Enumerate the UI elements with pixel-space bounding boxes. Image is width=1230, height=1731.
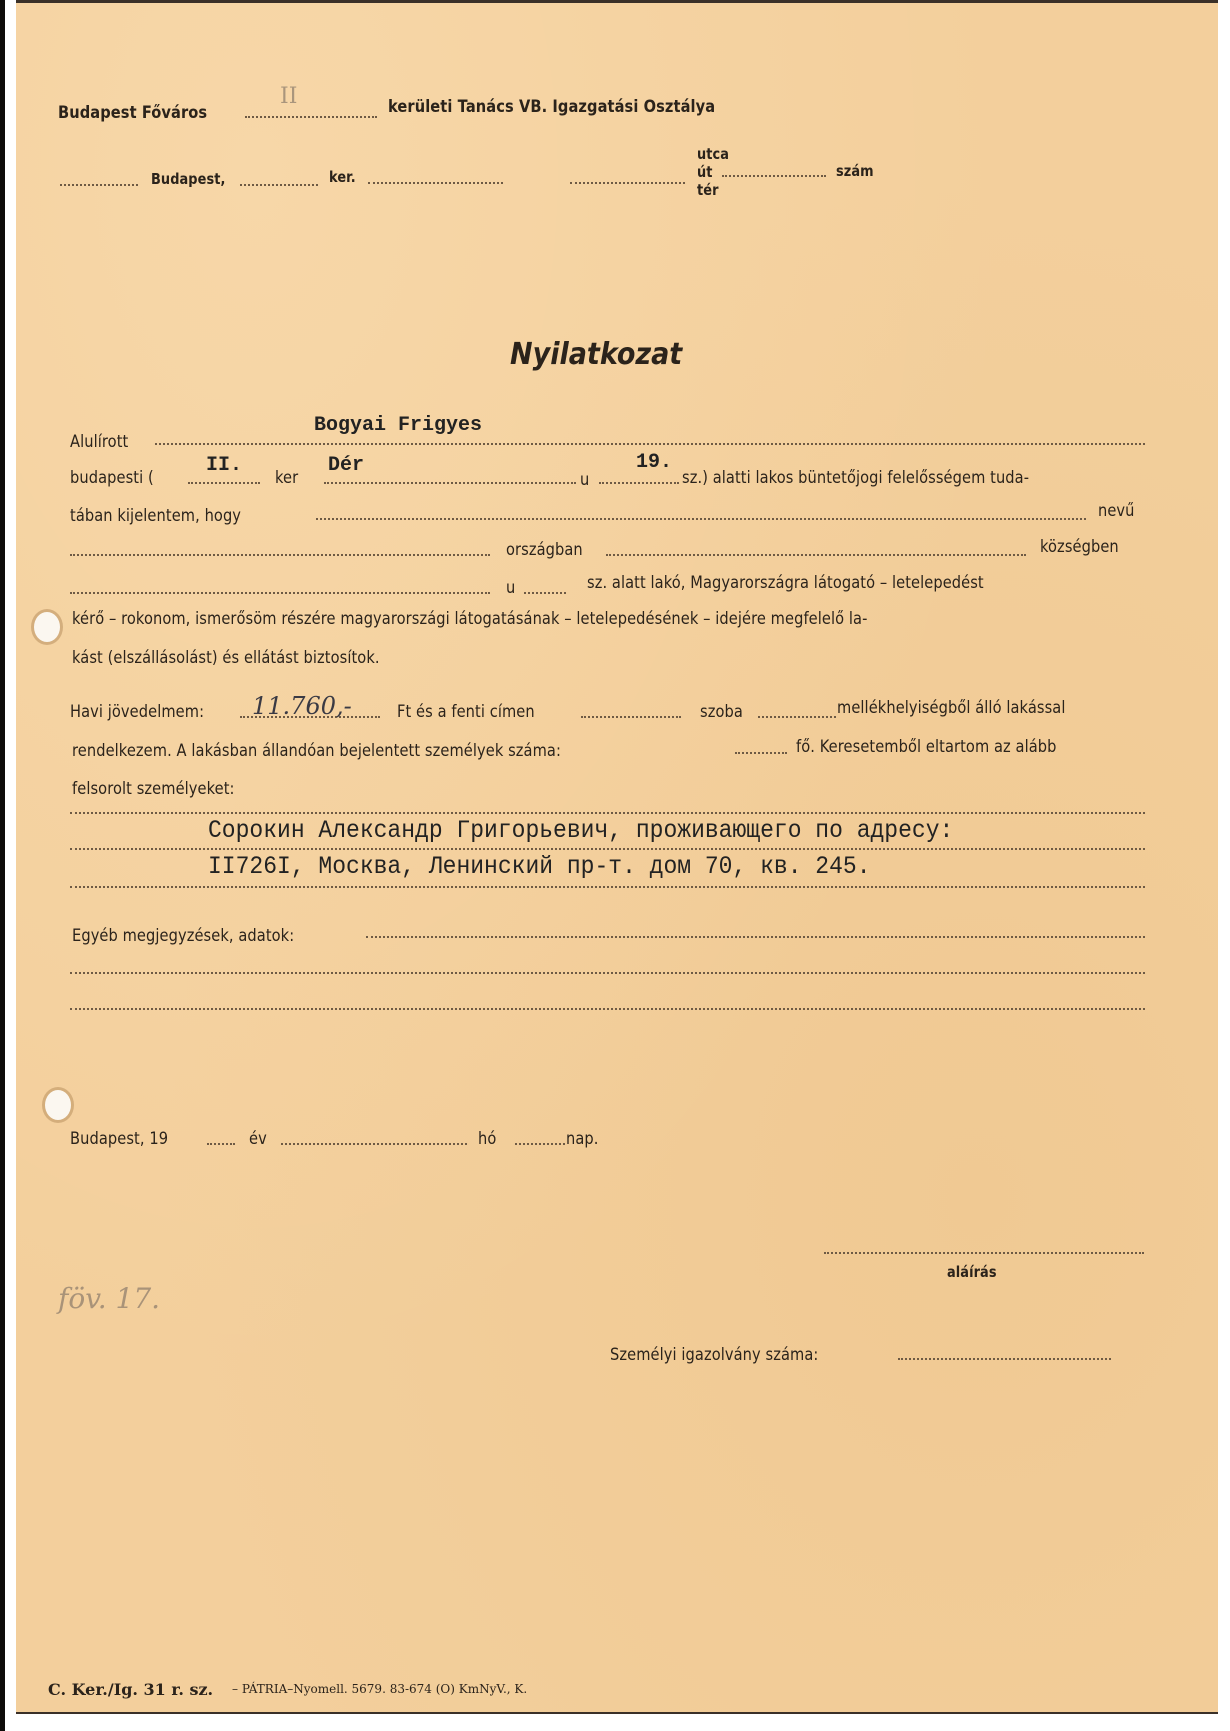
income-line1-c: mellékhelyiségből álló lakással (837, 698, 1065, 718)
district-value: II. (206, 454, 242, 477)
village-label: községben (1040, 537, 1119, 557)
foreign-street-suffix: u (506, 578, 515, 598)
street-value: Dér (328, 454, 364, 477)
income-line2-a: rendelkezem. A lakásban állandóan bejele… (72, 741, 561, 761)
village-field[interactable] (606, 554, 1026, 556)
authority-suffix: kerületi Tanács VB. Igazgatási Osztálya (388, 97, 715, 117)
handwritten-note: föv. 17. (58, 1282, 160, 1315)
scan-top-edge (16, 0, 1218, 3)
district-pencil-mark: II (280, 84, 297, 109)
address-district-blank (240, 184, 318, 186)
month-field[interactable] (281, 1143, 467, 1145)
declaration-line6-text: kérő – rokonom, ismerősöm részére magyar… (72, 609, 867, 629)
street-number-blank (722, 175, 826, 177)
id-card-field[interactable] (898, 1358, 1111, 1360)
district-blank (245, 116, 377, 118)
scan-edge (0, 0, 5, 1731)
country-prefix-field[interactable] (70, 554, 490, 556)
street-number-label: szám (836, 162, 874, 180)
street-suffix: u (580, 470, 589, 490)
dependents-line-2[interactable] (70, 886, 1145, 888)
street-type-ut: út (697, 163, 713, 181)
signature-label: aláírás (947, 1263, 997, 1281)
residents-count-field[interactable] (735, 752, 787, 754)
printer-info: – PÁTRIA–Nyomell. 5679. 83-674 (O) KmNyV… (232, 1682, 527, 1696)
day-field[interactable] (515, 1143, 565, 1145)
declaration-line3-start: tában kijelentem, hogy (70, 506, 241, 526)
undersigned-name-value: Bogyai Frigyes (314, 414, 482, 437)
income-label: Havi jövedelmem: (70, 702, 204, 722)
address-city-label: Budapest, (151, 170, 225, 188)
day-label: nap. (566, 1129, 599, 1149)
house-number-field[interactable] (599, 482, 679, 484)
dependent-line-2: II726I, Москва, Ленинский пр-т. дом 70, … (208, 852, 871, 881)
punch-hole-upper (34, 612, 60, 642)
declaration-line3-end: nevű (1098, 501, 1135, 521)
remarks-field-2[interactable] (70, 1008, 1145, 1010)
year-field[interactable] (207, 1143, 235, 1145)
undersigned-name-field[interactable] (155, 443, 1145, 445)
year-label: év (249, 1129, 267, 1149)
document-title: Nyilatkozat (510, 337, 682, 372)
declaration-line2-text: sz.) alatti lakos büntetőjogi felelősség… (682, 468, 1029, 488)
district-field[interactable] (188, 482, 260, 484)
income-line1-b: szoba (700, 702, 743, 722)
declaration-line5-text: sz. alatt lakó, Magyarországra látogató … (587, 573, 984, 593)
auxiliary-rooms-field[interactable] (758, 716, 836, 718)
income-value: 11.760,- (252, 692, 352, 720)
remarks-field-0[interactable] (366, 936, 1145, 938)
address-prefix-blank (60, 184, 138, 186)
dependents-line-0[interactable] (70, 812, 1145, 814)
month-label: hó (478, 1129, 496, 1149)
district-label: ker (275, 468, 298, 488)
address-district-name-blank (368, 182, 503, 184)
address-street-blank (570, 182, 685, 184)
date-city: Budapest, 19 (70, 1129, 168, 1149)
address-district-label: ker. (329, 168, 356, 186)
remarks-field-1[interactable] (70, 972, 1145, 974)
form-code: C. Ker./Ig. 31 r. sz. (48, 1680, 213, 1699)
relative-name-field[interactable] (316, 518, 1086, 520)
undersigned-label: Alulírott (70, 432, 128, 452)
street-type-ter: tér (697, 181, 719, 199)
house-number-value: 19. (636, 451, 672, 474)
street-field[interactable] (324, 482, 576, 484)
authority-prefix: Budapest Főváros (58, 103, 207, 123)
punch-hole-lower (45, 1090, 71, 1120)
remarks-label: Egyéb megjegyzések, adatok: (72, 926, 294, 946)
foreign-number-field[interactable] (524, 592, 566, 594)
street-type-utca: utca (697, 145, 729, 163)
foreign-street-field[interactable] (70, 592, 490, 594)
rooms-field[interactable] (581, 716, 681, 718)
signature-field[interactable] (824, 1252, 1144, 1254)
dependent-line-1: Сорокин Александр Григорьевич, проживающ… (208, 816, 953, 845)
income-line2-b: fő. Keresetemből eltartom az alább (796, 737, 1057, 757)
resident-label: budapesti ( (70, 468, 154, 488)
country-label: országban (506, 540, 583, 560)
income-line1-a: Ft és a fenti címen (397, 702, 535, 722)
id-card-label: Személyi igazolvány száma: (610, 1345, 818, 1365)
declaration-line7-text: kást (elszállásolást) és ellátást biztos… (72, 648, 380, 668)
income-line3: felsorolt személyeket: (72, 779, 235, 799)
dependents-line-1[interactable] (70, 848, 1145, 850)
